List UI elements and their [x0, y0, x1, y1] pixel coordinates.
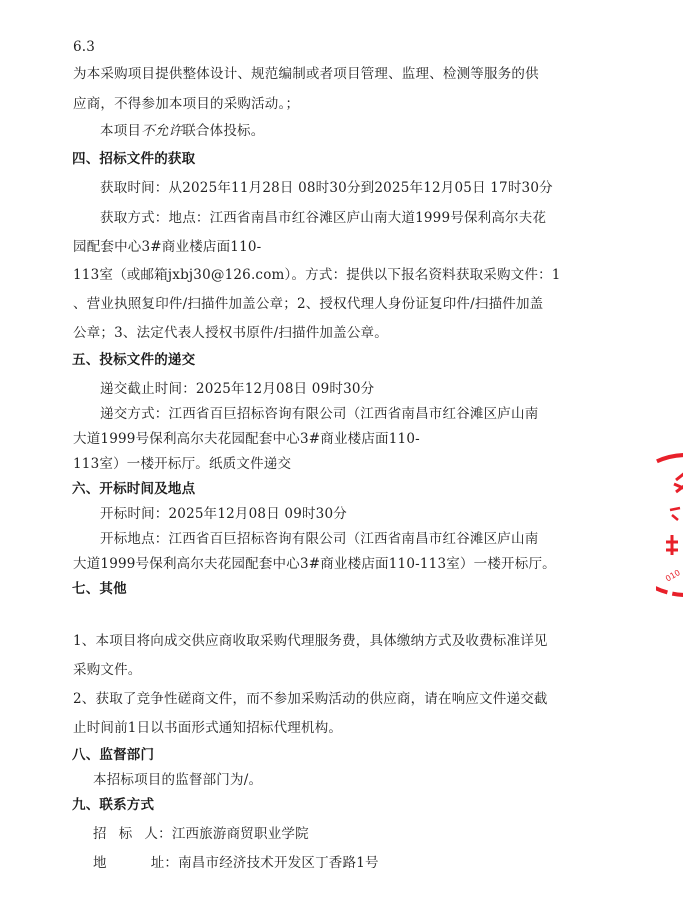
- opening-time: 开标时间：2025年12月08日 09时30分: [100, 505, 347, 523]
- address-label-char: 址：: [151, 855, 178, 871]
- tenderer-label-char: 标: [119, 826, 133, 842]
- other-item-line: 止时间前1日以书面形式通知招标代理机构。: [73, 719, 342, 737]
- acquisition-method-line: 获取方式：地点：江西省南昌市红谷滩区庐山南大道1999号保利高尔夫花: [100, 209, 546, 227]
- submission-method-line: 113室）一楼开标厅。纸质文件递交: [73, 455, 291, 473]
- paragraph-6-3-line: 应商，不得参加本项目的采购活动。；: [73, 95, 299, 113]
- other-item-line: 2、获取了竞争性磋商文件，而不参加采购活动的供应商，请在响应文件递交截: [73, 690, 548, 708]
- consortium-suffix: 联合体投标。: [182, 123, 264, 139]
- acquisition-method-line: 113室（或邮箱jxbj30@126.com）。方式：提供以下报名资料获取采购文…: [73, 266, 561, 284]
- address-row: 地址：南昌市经济技术开发区丁香路1号: [93, 854, 379, 872]
- consortium-prefix: 本项目: [100, 123, 141, 139]
- other-item-line: 采购文件。: [73, 661, 142, 679]
- paragraph-6-3-line: 为本采购项目提供整体设计、规范编制或者项目管理、监理、检测等服务的供: [73, 65, 539, 83]
- section-heading-7: 七、其他: [72, 580, 127, 598]
- acquisition-method-line: 园配套中心3#商业楼店面110-: [73, 238, 261, 256]
- section-heading-4: 四、招标文件的获取: [72, 150, 195, 168]
- other-item-line: 1、本项目将向成交供应商收取采购代理服务费，具体缴纳方式及收费标准详见: [73, 632, 548, 650]
- document-page: 6.3 为本采购项目提供整体设计、规范编制或者项目管理、监理、检测等服务的供 应…: [0, 0, 683, 915]
- section-heading-6: 六、开标时间及地点: [72, 480, 195, 498]
- submission-method-line: 递交方式：江西省百巨招标咨询有限公司（江西省南昌市红谷滩区庐山南: [100, 405, 538, 423]
- acquisition-method-line: 、营业执照复印件/扫描件加盖公章；2、授权代理人身份证复印件/扫描件加盖: [73, 295, 543, 313]
- address-label-char: 地: [93, 855, 107, 871]
- consortium-not-allowed: 不允许: [141, 123, 182, 139]
- section-heading-5: 五、投标文件的递交: [72, 351, 195, 369]
- submission-deadline: 递交截止时间：2025年12月08日 09时30分: [100, 380, 374, 398]
- tenderer-label-char: 招: [93, 826, 107, 842]
- address-value: 南昌市经济技术开发区丁香路1号: [178, 855, 379, 871]
- opening-place-line: 开标地点：江西省百巨招标咨询有限公司（江西省南昌市红谷滩区庐山南: [100, 530, 538, 548]
- tenderer-row: 招标人：江西旅游商贸职业学院: [93, 825, 309, 843]
- acquisition-time: 获取时间：从2025年11月28日 08时30分到2025年12月05日 17时…: [100, 179, 553, 197]
- stamp-number: 010: [664, 568, 682, 583]
- submission-method-line: 大道1999号保利高尔夫花园配套中心3#商业楼店面110-: [73, 430, 420, 448]
- section-number: 6.3: [73, 38, 95, 56]
- consortium-statement: 本项目不允许联合体投标。: [100, 122, 264, 140]
- section-heading-8: 八、监督部门: [72, 746, 154, 764]
- red-seal-stamp-icon: 010: [656, 450, 683, 600]
- tenderer-label-char: 人：: [144, 826, 171, 842]
- acquisition-method-line: 公章；3、法定代表人授权书原件/扫描件加盖公章。: [73, 324, 388, 342]
- tenderer-value: 江西旅游商贸职业学院: [172, 826, 309, 842]
- section-heading-9: 九、联系方式: [72, 796, 154, 814]
- opening-place-line: 大道1999号保利高尔夫花园配套中心3#商业楼店面110-113室）一楼开标厅。: [73, 555, 556, 573]
- supervision-text: 本招标项目的监督部门为/。: [93, 771, 262, 789]
